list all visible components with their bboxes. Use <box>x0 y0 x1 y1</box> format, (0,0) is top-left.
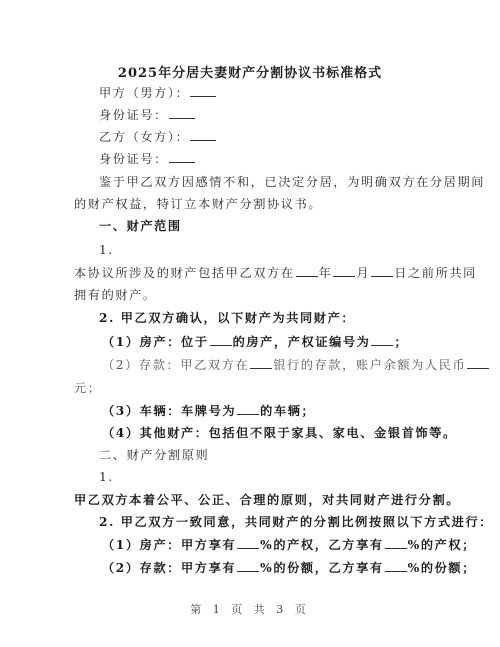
section2-item1-number: 1. <box>99 469 114 485</box>
section1-item1-number: 1. <box>99 242 114 258</box>
section2-item2: 2. 甲乙双方一致同意，共同财产的分割比例按照以下方式进行： <box>99 514 493 530</box>
text: （1）房产：甲方享有 <box>102 538 236 552</box>
house-share-a-blank <box>237 537 259 549</box>
text: 银行的存款，账户余额为人民币 <box>273 358 466 372</box>
certificate-no-blank <box>371 334 393 346</box>
amount-blank <box>467 357 489 369</box>
section1-item1-line2: 拥有的财产。 <box>74 287 157 303</box>
deposit-share-b-blank <box>385 560 407 572</box>
party-b-blank <box>190 129 216 141</box>
text: （2）存款：甲乙双方在 <box>102 358 249 372</box>
intro-line-1: 鉴于甲乙双方因感情不和，已决定分居，为明确双方在分居期间 <box>99 174 485 190</box>
deposit-share-a-blank <box>237 560 259 572</box>
text: 月 <box>356 266 370 280</box>
party-b-id-blank <box>169 151 195 163</box>
section1-sub4: （4）其他财产：包括但不限于家具、家电、金银首饰等。 <box>102 425 457 441</box>
text: ； <box>394 335 408 349</box>
bank-blank <box>250 357 272 369</box>
text: 的房产，产权证编号为 <box>233 335 371 349</box>
section1-item1-line1: 本协议所涉及的财产包括甲乙双方在年月日之前所共同 <box>74 265 477 281</box>
year-blank <box>296 265 318 277</box>
party-b-id-label: 身份证号： <box>99 152 168 166</box>
text: %的产权； <box>408 538 476 552</box>
plate-blank <box>237 403 259 415</box>
text: %的份额； <box>408 561 476 575</box>
party-a-id-line: 身份证号： <box>99 107 196 123</box>
section1-sub1: （1）房产：位于的房产，产权证编号为； <box>102 334 408 350</box>
section1-sub3: （3）车辆：车牌号为的车辆； <box>102 403 315 419</box>
document-title: 2025年分居夫妻财产分割协议书标准格式 <box>0 62 500 81</box>
house-location-blank <box>210 334 232 346</box>
party-a-id-label: 身份证号： <box>99 108 168 122</box>
house-share-b-blank <box>385 537 407 549</box>
text: 日之前所共同 <box>394 266 477 280</box>
party-b-line: 乙方（女方）： <box>99 129 217 145</box>
text: 本协议所涉及的财产包括甲乙双方在 <box>74 266 295 280</box>
party-a-label: 甲方（男方）： <box>99 86 189 100</box>
month-blank <box>333 265 355 277</box>
party-a-blank <box>190 85 216 97</box>
text: （2）存款：甲方享有 <box>102 561 236 575</box>
text: 年 <box>319 266 333 280</box>
text: （1）房产：位于 <box>102 335 209 349</box>
page-number: 第 1 页 共 3 页 <box>0 601 500 617</box>
day-blank <box>371 265 393 277</box>
section2-heading: 二、财产分割原则 <box>99 447 209 463</box>
section2-item1-text: 甲乙双方本着公平、公正、合理的原则，对共同财产进行分割。 <box>74 492 460 508</box>
section2-sub1: （1）房产：甲方享有%的产权，乙方享有%的产权； <box>102 537 476 553</box>
section1-item2: 2. 甲乙双方确认，以下财产为共同财产： <box>99 310 355 326</box>
text: 的车辆； <box>260 404 315 418</box>
text: %的份额，乙方享有 <box>260 561 383 575</box>
section1-heading: 一、财产范围 <box>99 218 182 234</box>
intro-line-2: 的财产权益，特订立本财产分割协议书。 <box>74 196 322 212</box>
text: %的产权，乙方享有 <box>260 538 383 552</box>
party-a-line: 甲方（男方）： <box>99 85 217 101</box>
text: （3）车辆：车牌号为 <box>102 404 236 418</box>
party-b-id-line: 身份证号： <box>99 151 196 167</box>
section1-sub2: （2）存款：甲乙双方在银行的存款，账户余额为人民币 <box>102 357 490 373</box>
party-b-label: 乙方（女方）： <box>99 130 189 144</box>
section1-sub2-line2: 元； <box>74 380 102 396</box>
party-a-id-blank <box>169 107 195 119</box>
section2-sub2: （2）存款：甲方享有%的份额，乙方享有%的份额； <box>102 560 476 576</box>
